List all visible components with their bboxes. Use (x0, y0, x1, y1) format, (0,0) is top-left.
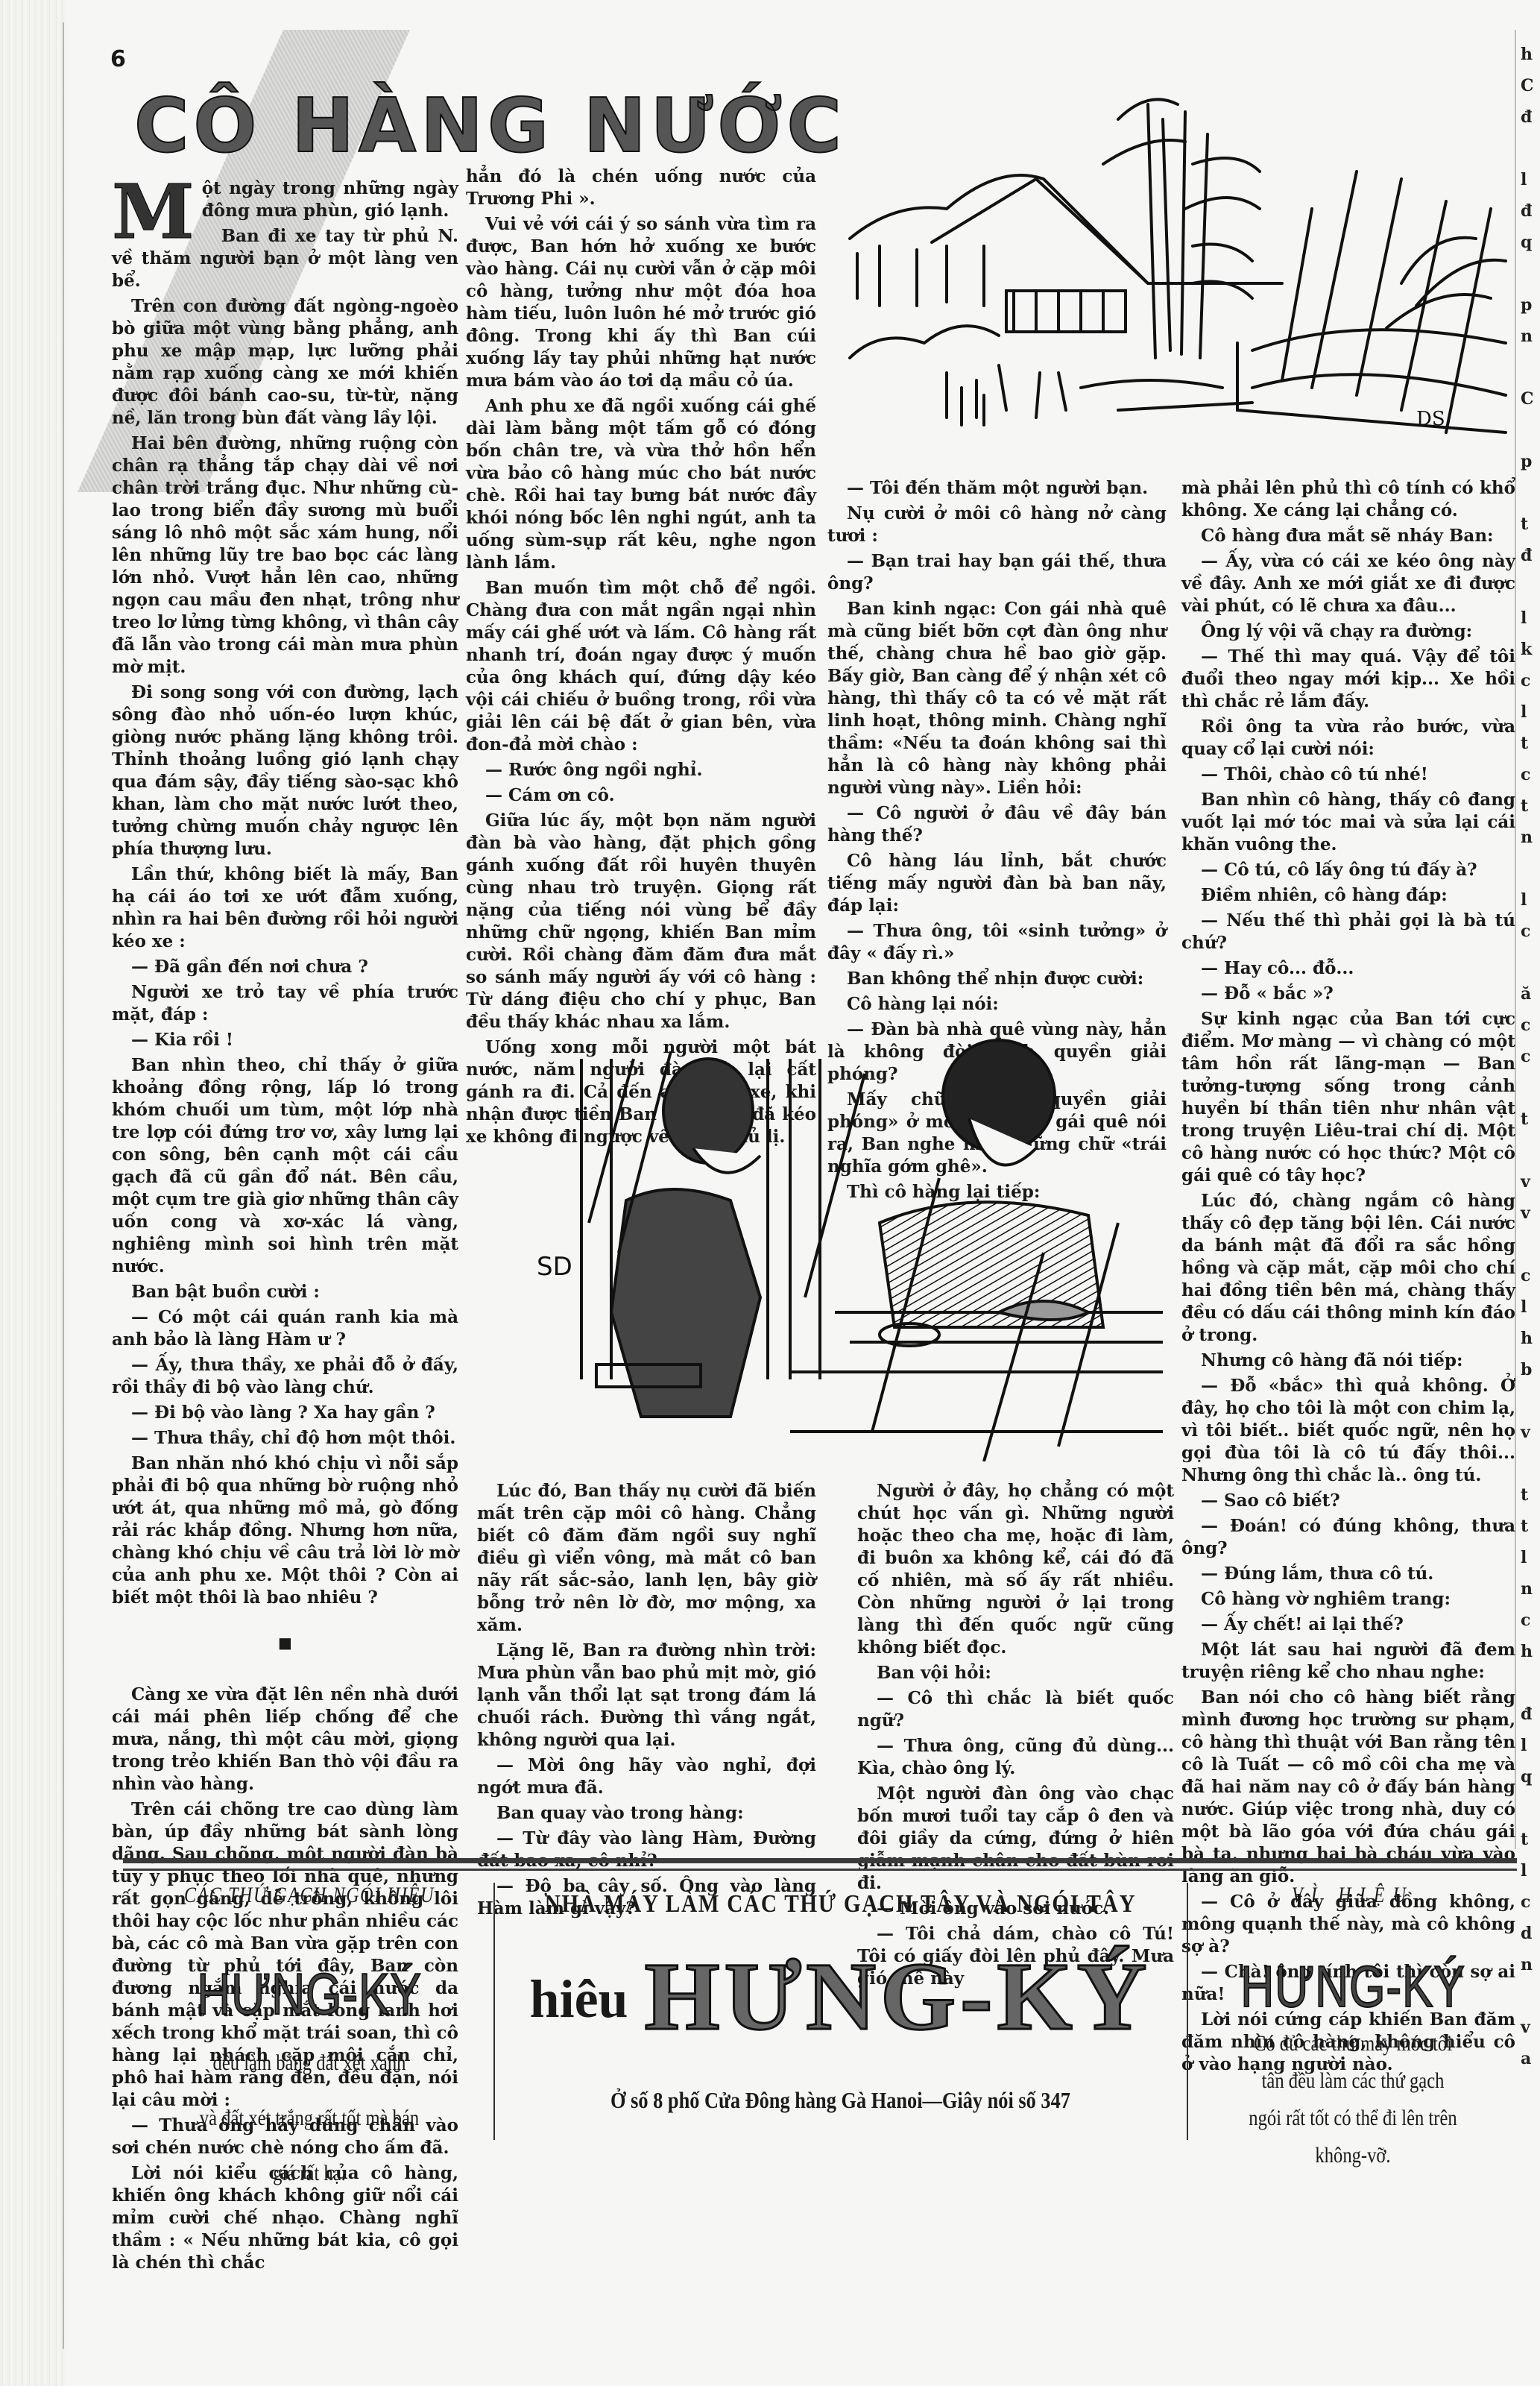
fragment-letter: l (1521, 608, 1540, 640)
ad-middle-heading: NHÀ MÁY LÀM CÁC THỨ GẠCH TÂY VÀ NGÓI TÂY (544, 1890, 1137, 1918)
paragraph: Hai bên đường, những ruộng còn chân rạ t… (112, 432, 458, 679)
dialogue-line: — Ấy, vừa có cái xe kéo ông này về đây. … (1181, 550, 1515, 617)
article-column-2-lower: Lúc đó, Ban thấy nụ cười đã biến mất trê… (477, 1480, 816, 1923)
dialogue-line: — Ấy, thưa thầy, xe phải đỗ ở đấy, rồi t… (112, 1354, 458, 1399)
paragraph: hẳn đó là chén uống nước của Trương Phi … (466, 166, 816, 210)
fragment-letter (1521, 1798, 1540, 1830)
fragment-letter: q (1521, 1767, 1540, 1798)
svg-text:DS: DS (1416, 408, 1445, 430)
fragment-letter: v (1521, 1423, 1540, 1454)
fragment-letter: p (1521, 295, 1540, 327)
fragment-letter (1521, 1391, 1540, 1423)
dialogue-line: — Thưa ông, cũng đủ dùng... Kìa, chào ôn… (857, 1735, 1174, 1780)
paragraph: Lặng lẽ, Ban ra đường nhìn trời: Mưa phù… (477, 1640, 816, 1751)
dialogue-line: — Ấy chết! ai lại thế? (1181, 1614, 1515, 1636)
fragment-letter (1521, 139, 1540, 170)
fragment-letter: C (1521, 76, 1540, 107)
lead-paragraph: Một ngày trong những ngày đông mưa phùn,… (112, 177, 458, 222)
paragraph: Người ở đây, họ chẳng có một chút học vấ… (857, 1480, 1174, 1659)
ad-left-heading: CÁC THỨ GẠCH NGÓI HIỆU (163, 1883, 455, 1908)
ad-right-brand: HƯNG-KÝ (1222, 1953, 1484, 2021)
scanned-binding-edge (0, 0, 67, 2386)
dialogue-line: — Từ đây vào làng Hàm, Đường đất bao xa,… (477, 1828, 816, 1872)
paragraph: Một lát sau hai người đã đem truyện riên… (1181, 1639, 1515, 1684)
fragment-letter: n (1521, 327, 1540, 358)
ad-right-line: không-vỡ. (1219, 2137, 1488, 2174)
fragment-letter: n (1521, 828, 1540, 859)
ad-right-line: ngói rất tốt có thể đi lên trên (1219, 2100, 1488, 2137)
dialogue-line: — Đi bộ vào làng ? Xa hay gần ? (112, 1402, 458, 1424)
fragment-letter: l (1521, 1548, 1540, 1579)
paragraph: Trên con đường đất ngòng-ngoèo bò giữa m… (112, 295, 458, 429)
paragraph: Người xe trỏ tay về phía trước mặt, đáp … (112, 981, 458, 1026)
dialogue-line: — Có một cái quán ranh kia mà anh bảo là… (112, 1306, 458, 1351)
fragment-letter: h (1521, 1642, 1540, 1673)
fragment-letter: c (1521, 1016, 1540, 1047)
fragment-letter: l (1521, 702, 1540, 734)
paragraph: Giữa lúc ấy, một bọn năm người đàn bà và… (466, 810, 816, 1033)
fragment-letter: l (1521, 1861, 1540, 1892)
fragment-letter: đ (1521, 107, 1540, 139)
paragraph: Nụ cười ở môi cô hàng nở càng tươi : (827, 503, 1167, 547)
dialogue-line: — Đỗ « bắc »? (1181, 983, 1515, 1005)
fragment-letter: ă (1521, 984, 1540, 1016)
dialogue-line: — Bạn trai hay bạn gái thế, thưa ông? (827, 550, 1167, 595)
dialogue-line: — Thôi, chào cô tú nhé! (1181, 764, 1515, 786)
fragment-letter: c (1521, 1266, 1540, 1297)
fragment-letter: b (1521, 1360, 1540, 1391)
tea-shop-scene-illustration: SD (522, 1029, 1163, 1461)
fragment-letter (1521, 1235, 1540, 1266)
margin-rule (63, 22, 64, 2349)
paragraph: Điềm nhiên, cô hàng đáp: (1181, 884, 1515, 907)
fragment-letter: t (1521, 734, 1540, 765)
paragraph: Một người đàn ông vào chạc bốn mươi tuổi… (857, 1783, 1174, 1895)
ad-right-panel: VÌ HIỆU HƯNG-KÝ Có đủ các thứ máy móc tố… (1189, 1883, 1517, 2174)
ad-left-brand: HƯNG-KÝ (163, 1960, 455, 2028)
article-column-4: mà phải lên phủ thì cô tính có khổ không… (1181, 477, 1515, 2079)
fragment-letter: k (1521, 640, 1540, 671)
dialogue-line: — Đúng lắm, thưa cô tú. (1181, 1563, 1515, 1585)
ad-divider (493, 1883, 495, 2140)
ad-right-heading: VÌ HIỆU (1222, 1883, 1484, 1908)
dialogue-line: — Đỗ «bắc» thì quả không. Ở đây, họ cho … (1181, 1375, 1515, 1487)
article-column-2: hẳn đó là chén uống nước của Trương Phi … (466, 166, 816, 1151)
ad-left-line: và đất xét trắng rất tốt mà bán (160, 2091, 459, 2146)
fragment-letter: l (1521, 1736, 1540, 1767)
paragraph: Vui vẻ với cái ý so sánh vừa tìm ra được… (466, 213, 816, 392)
fragment-letter (1521, 953, 1540, 984)
fragment-letter: đ (1521, 1704, 1540, 1736)
fragment-letter (1521, 421, 1540, 452)
paragraph: Ban không thể nhịn được cười: (827, 968, 1167, 990)
dialogue-line: — Sao cô biết? (1181, 1490, 1515, 1512)
paragraph: Ông lý vội vã chạy ra đường: (1181, 620, 1515, 643)
ad-middle-prefix: hiêu (530, 1969, 628, 2029)
fragment-letter: l (1521, 890, 1540, 922)
fragment-letter: d (1521, 1924, 1540, 1955)
section-break-ornament: ■ (112, 1631, 458, 1654)
ad-middle-brand-line: hiêuHƯNG-KÝ (496, 1941, 1185, 2053)
dialogue-line: — Cám ơn cô. (466, 784, 816, 807)
fragment-letter: h (1521, 1329, 1540, 1360)
dialogue-line: — Cô tú, cô lấy ông tú đấy à? (1181, 859, 1515, 881)
fragment-letter (1521, 358, 1540, 389)
ad-right-line: Có đủ các thứ máy móc tối (1219, 2025, 1488, 2062)
fragment-letter: t (1521, 1109, 1540, 1141)
ad-middle-brand: HƯNG-KÝ (645, 1943, 1152, 2050)
ad-top-rule-thick (123, 1858, 1517, 1863)
adjacent-page-fragment: hCđlđqpnCptđlkcltctnlcăcctvvclhbvttlnchđ… (1521, 45, 1540, 1834)
dialogue-line: — Cô người ở đâu về đây bán hàng thế? (827, 802, 1167, 847)
fragment-letter: h (1521, 45, 1540, 76)
dialogue-line: — Tôi đến thăm một người bạn. (827, 477, 1167, 500)
paragraph: Lần thứ, không biết là mấy, Ban hạ cái á… (112, 863, 458, 953)
paragraph: Ban bật buồn cười : (112, 1281, 458, 1303)
fragment-letter (1521, 1454, 1540, 1485)
paragraph: Cô hàng lại nói: (827, 993, 1167, 1016)
paragraph: Cô hàng vờ nghiêm trang: (1181, 1588, 1515, 1611)
fragment-letter: n (1521, 1955, 1540, 1986)
ad-top-rule-thin (123, 1869, 1517, 1871)
paragraph: mà phải lên phủ thì cô tính có khổ không… (1181, 477, 1515, 522)
paragraph: Đi song song với con đường, lạch sông đà… (112, 682, 458, 860)
fragment-letter: C (1521, 389, 1540, 421)
dialogue-line: — Thưa thầy, chỉ độ hơn một thôi. (112, 1427, 458, 1449)
paragraph: Sự kinh ngạc của Ban tới cực điểm. Mơ mà… (1181, 1008, 1515, 1187)
dialogue-line: — Đoán! có đúng không, thưa ông? (1181, 1515, 1515, 1560)
dialogue-line: — Rước ông ngồi nghỉ. (466, 759, 816, 781)
fragment-letter: c (1521, 765, 1540, 796)
ad-left-panel: CÁC THỨ GẠCH NGÓI HIỆU HƯNG-KÝ đều làm b… (127, 1883, 492, 2201)
fragment-letter: c (1521, 671, 1540, 702)
fragment-letter (1521, 1673, 1540, 1704)
dialogue-line: — Cô thì chắc là biết quốc ngữ? (857, 1687, 1174, 1732)
fragment-letter (1521, 859, 1540, 890)
page-number: 6 (110, 46, 126, 72)
paragraph: Ban quay vào trong hàng: (477, 1802, 816, 1825)
fragment-letter: đ (1521, 201, 1540, 233)
paragraph: Cô hàng láu lỉnh, bắt chước tiếng mấy ng… (827, 850, 1167, 917)
paragraph: Ban kinh ngạc: Con gái nhà quê mà cũng b… (827, 598, 1167, 799)
ad-middle-address: Ở số 8 phố Cửa Đông hàng Gà Hanoi—Giây n… (547, 2087, 1133, 2114)
ad-divider (1187, 1883, 1188, 2140)
article-title: CÔ HÀNG NƯỚC (134, 82, 846, 169)
dialogue-line: — Mời ông hãy vào nghỉ, đợi ngớt mưa đã. (477, 1754, 816, 1799)
fragment-letter: đ (1521, 546, 1540, 577)
fragment-letter: n (1521, 1579, 1540, 1611)
fragment-letter: l (1521, 170, 1540, 201)
fragment-letter (1521, 577, 1540, 608)
dialogue-line: — Hay cô... đỗ... (1181, 957, 1515, 980)
fragment-letter: c (1521, 1611, 1540, 1642)
ad-left-line: đều làm bằng đất xét xanh (160, 2036, 459, 2091)
landscape-drawing-icon: DS (835, 60, 1536, 447)
fragment-letter: v (1521, 2018, 1540, 2049)
fragment-letter: t (1521, 514, 1540, 546)
dialogue-line: — Thưa ông, tôi «sinh tưởng» ở đây « đấy… (827, 920, 1167, 965)
fragment-letter: c (1521, 1892, 1540, 1924)
paragraph: Ban vội hỏi: (857, 1662, 1174, 1684)
fragment-letter: q (1521, 233, 1540, 264)
paragraph: Rồi ông ta vừa rảo bước, vừa quay cổ lại… (1181, 716, 1515, 761)
ad-left-line: giá rất hạ. (160, 2146, 459, 2201)
paragraph: Anh phu xe đã ngồi xuống cái ghế dài làm… (466, 395, 816, 574)
paragraph: Nhưng cô hàng đã nói tiếp: (1181, 1350, 1515, 1372)
svg-text:SD: SD (537, 1252, 572, 1282)
fragment-letter: t (1521, 1830, 1540, 1861)
paragraph: Ban nhìn cô hàng, thấy cô đang vuốt lại … (1181, 789, 1515, 856)
ad-right-line: tân đều làm các thứ gạch (1219, 2062, 1488, 2100)
paragraph: Ban nhăn nhó khó chịu vì nỗi sắp phải đi… (112, 1452, 458, 1609)
fragment-letter: t (1521, 1517, 1540, 1548)
fragment-letter: v (1521, 1172, 1540, 1203)
drop-cap: M (112, 180, 195, 243)
fragment-letter: p (1521, 452, 1540, 483)
paragraph: Ban nhìn theo, chỉ thấy ở giữa khoảng đồ… (112, 1054, 458, 1278)
fragment-letter (1521, 1141, 1540, 1172)
fragment-letter: v (1521, 1203, 1540, 1235)
fragment-letter: t (1521, 1485, 1540, 1517)
rainy-village-illustration: DS (835, 60, 1536, 447)
dialogue-line: — Kia rồi ! (112, 1029, 458, 1051)
ad-middle-panel: NHÀ MÁY LÀM CÁC THỨ GẠCH TÂY VÀ NGÓI TÂY… (496, 1883, 1185, 2114)
fragment-letter: l (1521, 1297, 1540, 1329)
figures-drawing-icon: SD (522, 1029, 1163, 1461)
fragment-letter (1521, 1078, 1540, 1109)
paragraph: Ban muốn tìm một chỗ để ngồi. Chàng đưa … (466, 577, 816, 756)
paragraph: Lúc đó, chàng ngắm cô hàng thấy cô đẹp t… (1181, 1190, 1515, 1347)
fragment-letter: c (1521, 1047, 1540, 1078)
fragment-letter (1521, 264, 1540, 295)
fragment-letter (1521, 483, 1540, 514)
newspaper-page: 6 CÔ HÀNG NƯỚC Một ngày trong những ngày… (0, 0, 1540, 2386)
fragment-letter: c (1521, 922, 1540, 953)
fragment-letter: t (1521, 796, 1540, 828)
paragraph: Lúc đó, Ban thấy nụ cười đã biến mất trê… (477, 1480, 816, 1637)
paragraph: Cô hàng đưa mắt sẽ nháy Ban: (1181, 525, 1515, 547)
paragraph: Càng xe vừa đặt lên nền nhà dưới cái mái… (112, 1684, 458, 1795)
dialogue-line: — Thế thì may quá. Vậy để tôi đuổi theo … (1181, 646, 1515, 713)
fragment-letter: a (1521, 2049, 1540, 2080)
fragment-letter (1521, 1986, 1540, 2018)
dialogue-line: — Nếu thế thì phải gọi là bà tú chứ? (1181, 910, 1515, 954)
dialogue-line: — Đã gần đến nơi chưa ? (112, 956, 458, 978)
